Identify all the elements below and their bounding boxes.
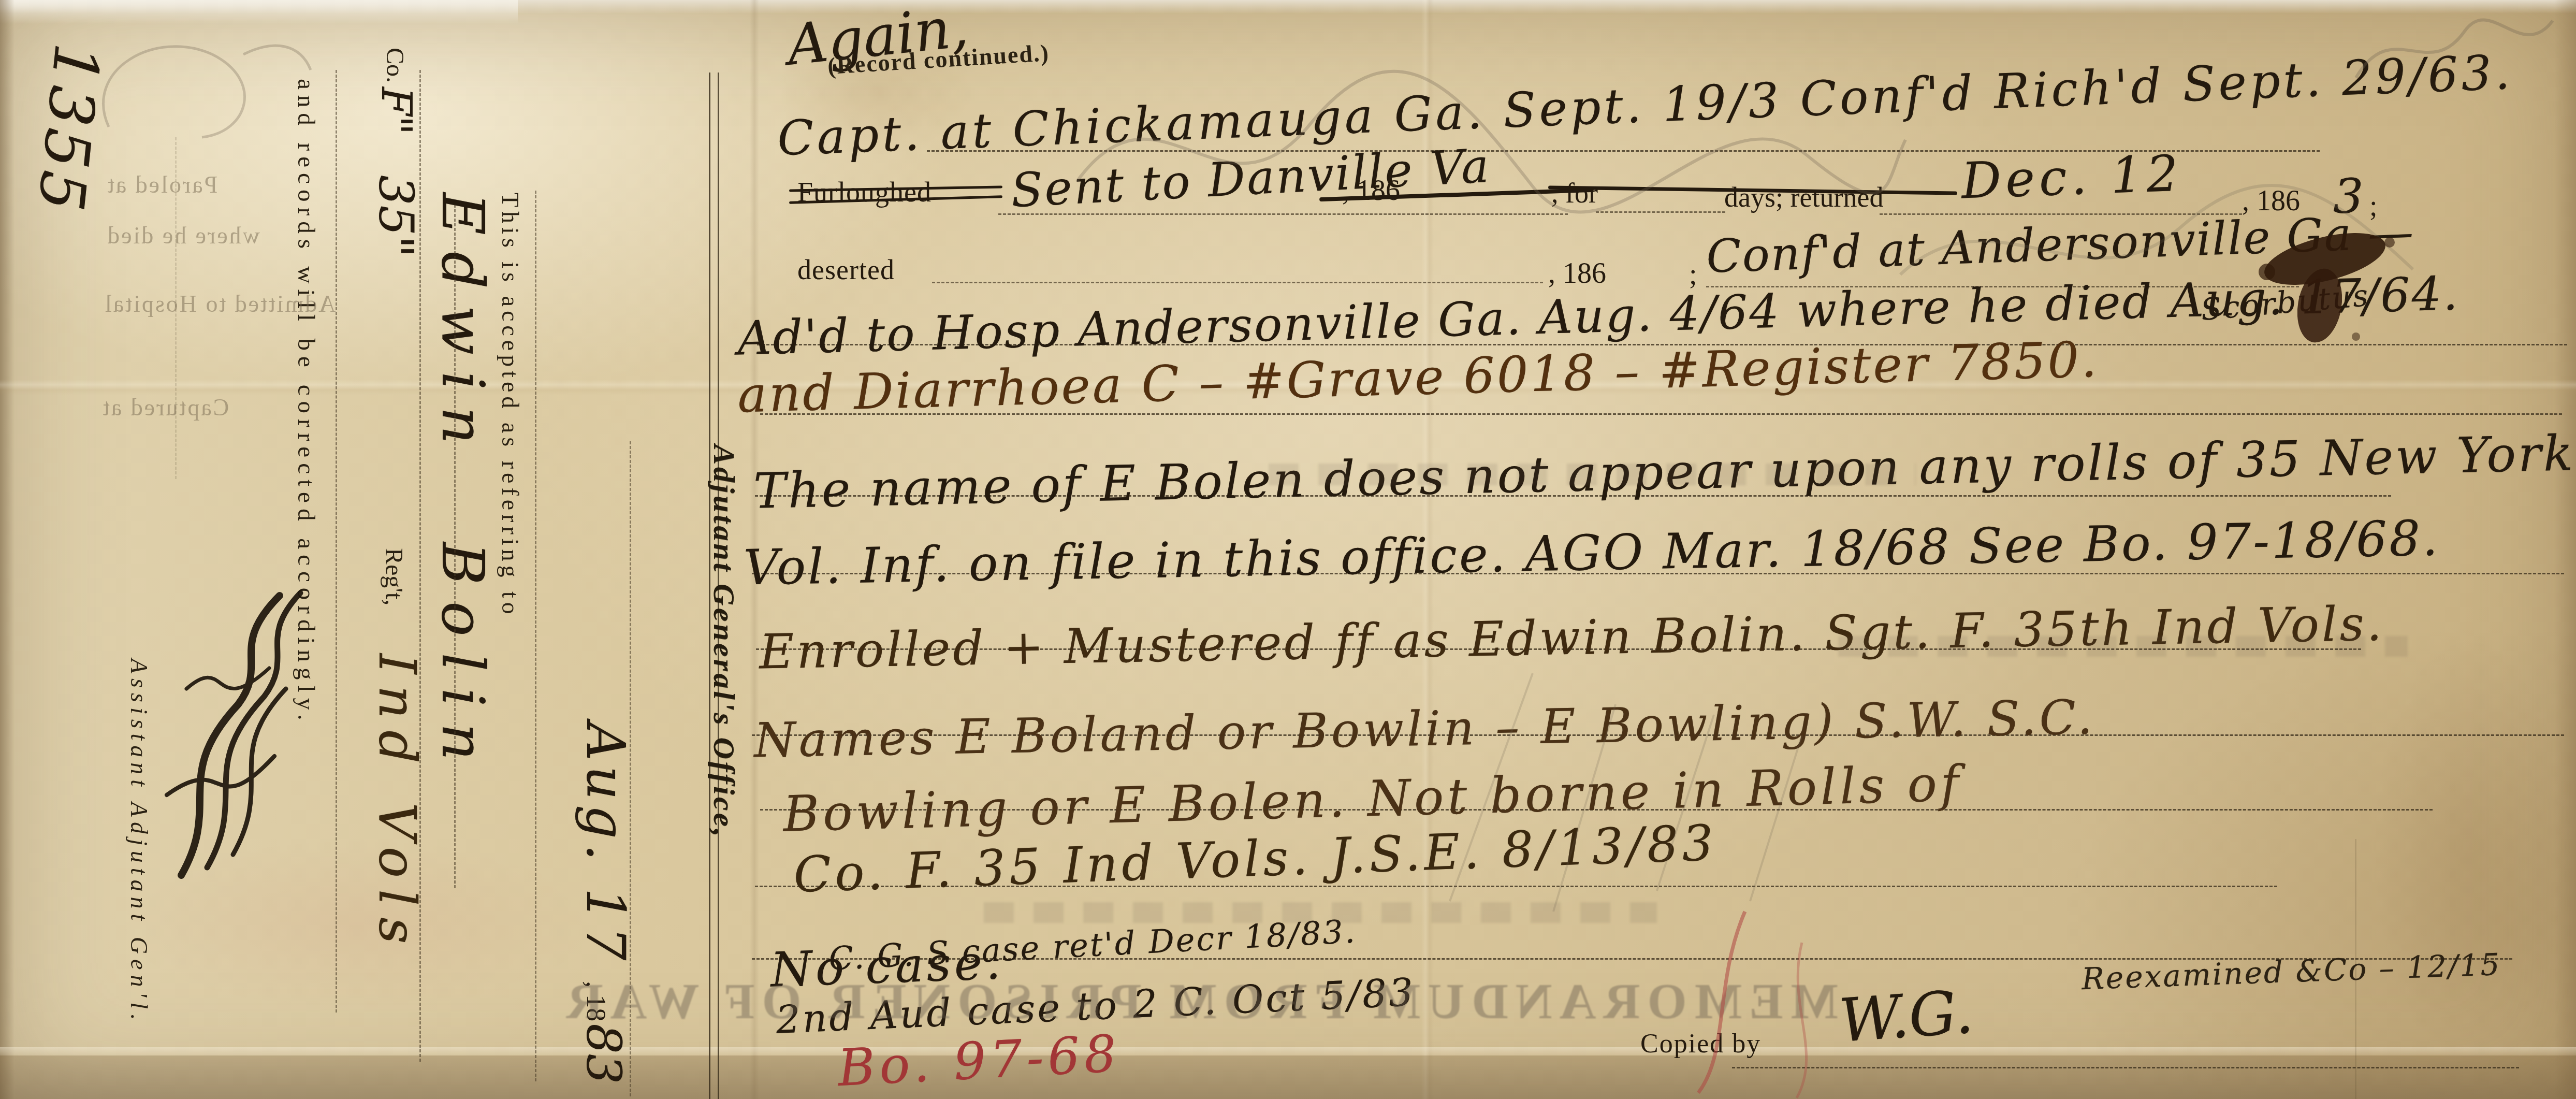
panel-dotted-rule-3 [454,205,456,888]
deserted-186: , 186 [1548,257,1606,290]
left-edge-shadow [0,0,14,1099]
ghost-text-row-2 [1838,636,2408,657]
deserted-label: deserted [797,254,895,286]
bleed-admitted-label: Admitted to Hospital [104,290,336,317]
bleed-paroled-label: Paroled at [106,171,217,198]
office-date-row: Aug. 17 , 18 83 [574,722,636,1084]
regt-label: Reg't, [380,548,408,605]
top-left-bright-corner [0,0,518,24]
accepted-name-entry: Edwin Bolin [429,193,496,777]
ghost-text-row-1 [1269,464,1916,485]
bottom-fold-shadow [0,1055,2576,1099]
panel-dotted-rule-2 [419,70,421,1062]
deserted-dotted-fill [932,282,1543,283]
co-label: Co. [381,48,409,83]
accepted-label: This is accepted as referring to [497,193,524,618]
red-pencil-marks [1667,880,1885,1099]
panel-dotted-rule-4 [535,191,536,1081]
name-note-line2: Vol. Inf. on file in this office. AGO Ma… [743,510,2440,596]
bleed-captured-label: Captured at [101,394,229,421]
office-date-entry: Aug. 17 [574,722,636,965]
panel-dotted-rule-1 [336,70,337,1013]
pencil-squiggle-top-right-corner [2346,0,2563,98]
paper-stain-right [2371,637,2568,1062]
bottom-fold-highlight [0,1047,2576,1055]
bleed-where-died-label: where he died [106,222,260,249]
endorsement-signature-scrawl [150,533,321,896]
assistant-adjutant-label: Assistant Adjutant Gen'l. [125,659,153,1025]
furloughed-label: Furloughed [797,176,932,208]
adjutant-office-label: Adjutant General's Office, [707,444,741,839]
company-entry: F" [372,87,420,135]
pencil-squiggle-top-left [78,23,316,142]
ink-blot-stain [2258,228,2413,363]
record-card-scan: Again, (Record continued.) Capt. at Chic… [0,0,2576,1099]
unit-entry: Ind Vols [367,654,428,955]
pencil-squiggle-top-center [1067,47,1921,223]
office-date-year: 83 [576,1023,631,1084]
regiment-number-entry: 35" [368,175,424,257]
